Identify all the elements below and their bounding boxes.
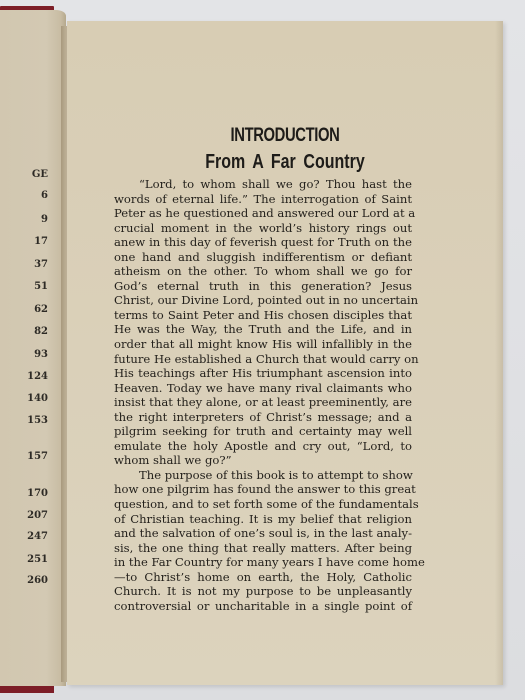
chapter-subtitle: From A Far Country — [111, 151, 460, 174]
text-line: The purpose of this book is to attempt t… — [114, 468, 412, 483]
body-text: “Lord, to whom shall we go? Thou hast th… — [114, 177, 412, 613]
text-line: future He established a Church that woul… — [114, 352, 412, 367]
toc-page-number: 37 — [34, 259, 48, 270]
toc-page-number: 51 — [34, 281, 48, 292]
text-line: Heaven. Today we have many rival claiman… — [114, 381, 412, 396]
text-line: emulate the holy Apostle and cry out, “L… — [114, 439, 412, 454]
text-line: Peter as he questioned and answered our … — [114, 206, 412, 221]
text-line: one hand and sluggish indifferentism or … — [114, 250, 412, 265]
toc-page-number: 140 — [27, 393, 48, 404]
toc-page-number: 207 — [27, 510, 48, 521]
chapter-title: INTRODUCTION — [115, 125, 455, 147]
toc-page-number: 260 — [27, 575, 48, 586]
text-line: in the Far Country for many years I have… — [114, 555, 412, 570]
left-page: GE 6 9 17 37 51 62 82 93 124 140 153 157… — [0, 10, 66, 686]
toc-page-number: 62 — [34, 304, 48, 315]
toc-header: GE — [32, 169, 48, 180]
toc-page-number: 17 — [34, 236, 48, 247]
toc-page-number: 93 — [34, 349, 48, 360]
toc-page-number: 9 — [41, 214, 48, 225]
text-line: crucial moment in the world’s history ri… — [114, 221, 412, 236]
toc-page-number: 157 — [27, 451, 48, 462]
text-line: order that all might know His will infal… — [114, 337, 412, 352]
text-line: pilgrim seeking for truth and certainty … — [114, 424, 412, 439]
text-line: and the salvation of one’s soul is, in t… — [114, 526, 412, 541]
toc-page-number: 153 — [27, 415, 48, 426]
text-line: terms to Saint Peter and His chosen disc… — [114, 308, 412, 323]
text-line: of Christian teaching. It is my belief t… — [114, 512, 412, 527]
text-line: how one pilgrim has found the answer to … — [114, 482, 412, 497]
paragraph-1: “Lord, to whom shall we go? Thou hast th… — [114, 177, 412, 468]
text-line: words of eternal life.” The interrogatio… — [114, 192, 412, 207]
paragraph-2: The purpose of this book is to attempt t… — [114, 468, 412, 613]
text-line: whom shall we go?” — [114, 453, 412, 468]
text-line: controversial or uncharitable in a singl… — [114, 599, 412, 614]
text-line: His teachings after His triumphant ascen… — [114, 366, 412, 381]
toc-page-number: 82 — [34, 326, 48, 337]
text-line: God’s eternal truth in this generation? … — [114, 279, 412, 294]
text-line: sis, the one thing that really matters. … — [114, 541, 412, 556]
text-line: Christ, our Divine Lord, pointed out in … — [114, 293, 412, 308]
toc-page-number: 251 — [27, 554, 48, 565]
text-line: insist that they alone, or at least pree… — [114, 395, 412, 410]
text-line: “Lord, to whom shall we go? Thou hast th… — [114, 177, 412, 192]
text-line: —to Christ’s home on earth, the Holy, Ca… — [114, 570, 412, 585]
text-line: anew in this day of feverish quest for T… — [114, 235, 412, 250]
page-edge-shade — [495, 21, 503, 685]
toc-page-number: 247 — [27, 531, 48, 542]
toc-page-number: 6 — [41, 190, 48, 201]
text-line: atheism on the other. To whom shall we g… — [114, 264, 412, 279]
text-line: the right interpreters of Christ’s messa… — [114, 410, 412, 425]
text-line: He was the Way, the Truth and the Life, … — [114, 322, 412, 337]
toc-page-number: 124 — [27, 371, 48, 382]
text-line: Church. It is not my purpose to be unple… — [114, 584, 412, 599]
right-page: INTRODUCTION From A Far Country “Lord, t… — [67, 21, 503, 685]
text-line: question, and to set forth some of the f… — [114, 497, 412, 512]
toc-page-number: 170 — [27, 488, 48, 499]
